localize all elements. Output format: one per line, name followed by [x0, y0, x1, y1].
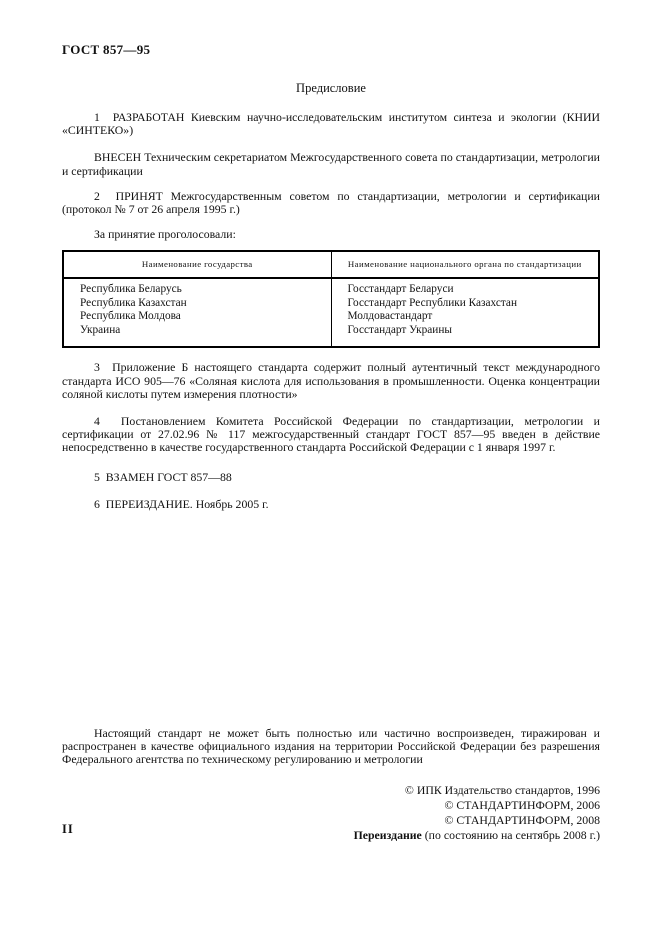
paragraph-replaces: 5 ВЗАМЕН ГОСТ 857—88	[62, 471, 600, 484]
copyright-line: © ИПК Издательство стандартов, 1996	[62, 783, 600, 798]
paragraph-submitted: ВНЕСЕН Техническим секретариатом Межгосу…	[62, 151, 600, 177]
vote-table-bodies-cell: Госстандарт Беларуси Госстандарт Республ…	[331, 278, 599, 347]
paragraph-adopted: 2 ПРИНЯТ Межгосударственным советом по с…	[62, 190, 600, 216]
paragraph-reissue: 6 ПЕРЕИЗДАНИЕ. Ноябрь 2005 г.	[62, 498, 600, 511]
table-cell-state: Республика Беларусь	[80, 283, 325, 297]
reissue-line: Переиздание (по состоянию на сентябрь 20…	[62, 828, 600, 843]
table-cell-body: Госстандарт Украины	[348, 324, 593, 338]
copyright-line: © СТАНДАРТИНФОРМ, 2008	[62, 813, 600, 828]
table-cell-state: Украина	[80, 324, 325, 338]
table-cell-body: Молдовастандарт	[348, 310, 593, 324]
vote-table-header-state: Наименование государства	[63, 251, 331, 278]
vote-table-header-row: Наименование государства Наименование на…	[63, 251, 599, 278]
paragraph-voted-intro: За принятие проголосовали:	[62, 228, 600, 241]
document-page: ГОСТ 857—95 Предисловие 1 РАЗРАБОТАН Кие…	[0, 0, 661, 936]
blank-space	[62, 511, 600, 727]
paragraph-developed: 1 РАЗРАБОТАН Киевским научно-исследовате…	[62, 111, 600, 137]
copyright-block: © ИПК Издательство стандартов, 1996 © СТ…	[62, 783, 600, 843]
vote-table-body-row: Республика Беларусь Республика Казахстан…	[63, 278, 599, 347]
reissue-label: Переиздание	[354, 828, 422, 842]
table-cell-body: Госстандарт Республики Казахстан	[348, 297, 593, 311]
reissue-date: (по состоянию на сентябрь 2008 г.)	[422, 828, 600, 842]
page-number: II	[62, 822, 74, 837]
vote-table-header-body: Наименование национального органа по ста…	[331, 251, 599, 278]
table-cell-state: Республика Казахстан	[80, 297, 325, 311]
copyright-line: © СТАНДАРТИНФОРМ, 2006	[62, 798, 600, 813]
table-cell-state: Республика Молдова	[80, 310, 325, 324]
page-title: Предисловие	[62, 81, 600, 95]
table-cell-body: Госстандарт Беларуси	[348, 283, 593, 297]
restriction-notice: Настоящий стандарт не может быть полност…	[62, 727, 600, 767]
vote-table-states-cell: Республика Беларусь Республика Казахстан…	[63, 278, 331, 347]
paragraph-annex: 3 Приложение Б настоящего стандарта соде…	[62, 361, 600, 401]
paragraph-resolution: 4 Постановлением Комитета Российской Фед…	[62, 415, 600, 455]
vote-table: Наименование государства Наименование на…	[62, 250, 600, 348]
doc-code: ГОСТ 857—95	[62, 42, 600, 57]
